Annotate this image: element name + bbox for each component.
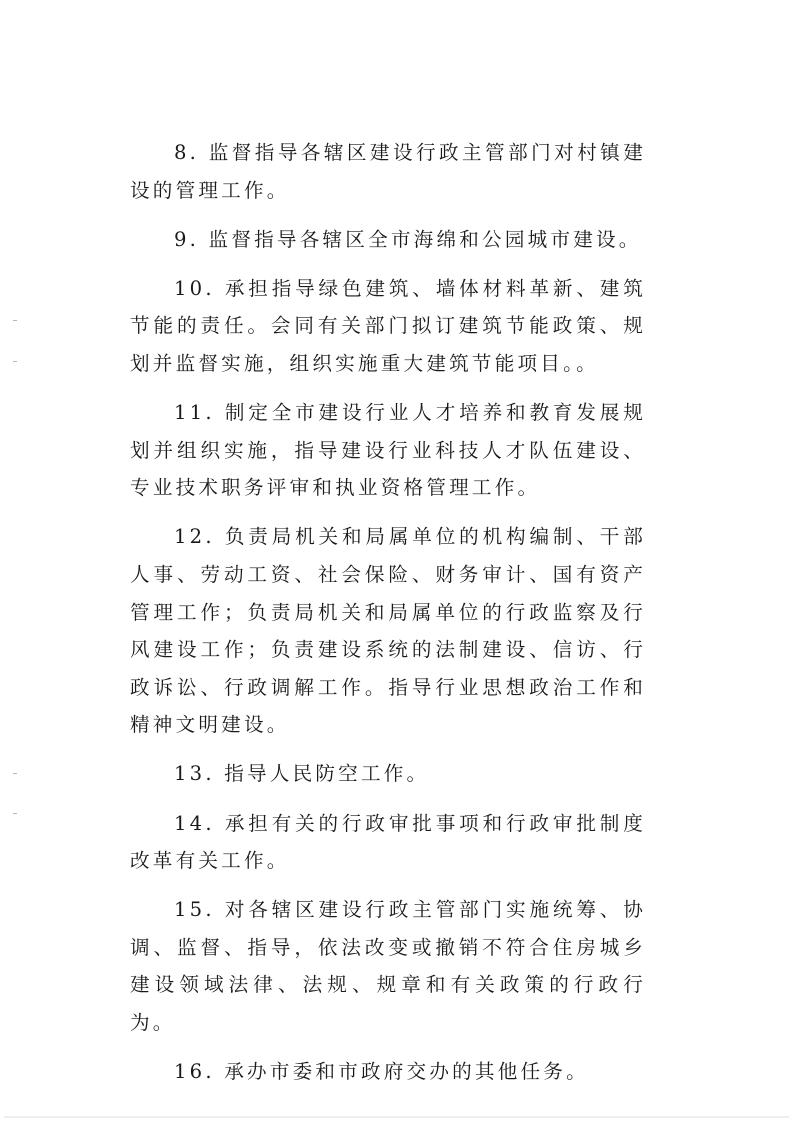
binding-mark	[13, 773, 17, 774]
paragraph-item-9: 9. 监督指导各辖区全市海绵和公园城市建设。	[130, 221, 646, 259]
paragraph-item-10: 10. 承担指导绿色建筑、墙体材料革新、建筑节能的责任。会同有关部门拟订建筑节能…	[130, 270, 646, 383]
paragraph-item-8: 8. 监督指导各辖区建设行政主管部门对村镇建设的管理工作。	[130, 134, 646, 209]
paragraph-item-15: 15. 对各辖区建设行政主管部门实施统筹、协调、监督、指导，依法改变或撤销不符合…	[130, 891, 646, 1041]
document-body: 8. 监督指导各辖区建设行政主管部门对村镇建设的管理工作。 9. 监督指导各辖区…	[130, 134, 646, 1102]
paragraph-item-13: 13. 指导人民防空工作。	[130, 755, 646, 793]
paragraph-item-14: 14. 承担有关的行政审批事项和行政审批制度改革有关工作。	[130, 805, 646, 880]
document-page: 8. 监督指导各辖区建设行政主管部门对村镇建设的管理工作。 9. 监督指导各辖区…	[0, 0, 793, 1122]
binding-mark	[13, 361, 17, 362]
binding-mark	[13, 813, 17, 814]
page-bottom-edge	[4, 1116, 789, 1118]
paragraph-item-12: 12. 负责局机关和局属单位的机构编制、干部人事、劳动工资、社会保险、财务审计、…	[130, 518, 646, 744]
binding-mark	[13, 320, 17, 321]
paragraph-item-11: 11. 制定全市建设行业人才培养和教育发展规划并组织实施，指导建设行业科技人才队…	[130, 394, 646, 507]
paragraph-item-16: 16. 承办市委和市政府交办的其他任务。	[130, 1053, 646, 1091]
